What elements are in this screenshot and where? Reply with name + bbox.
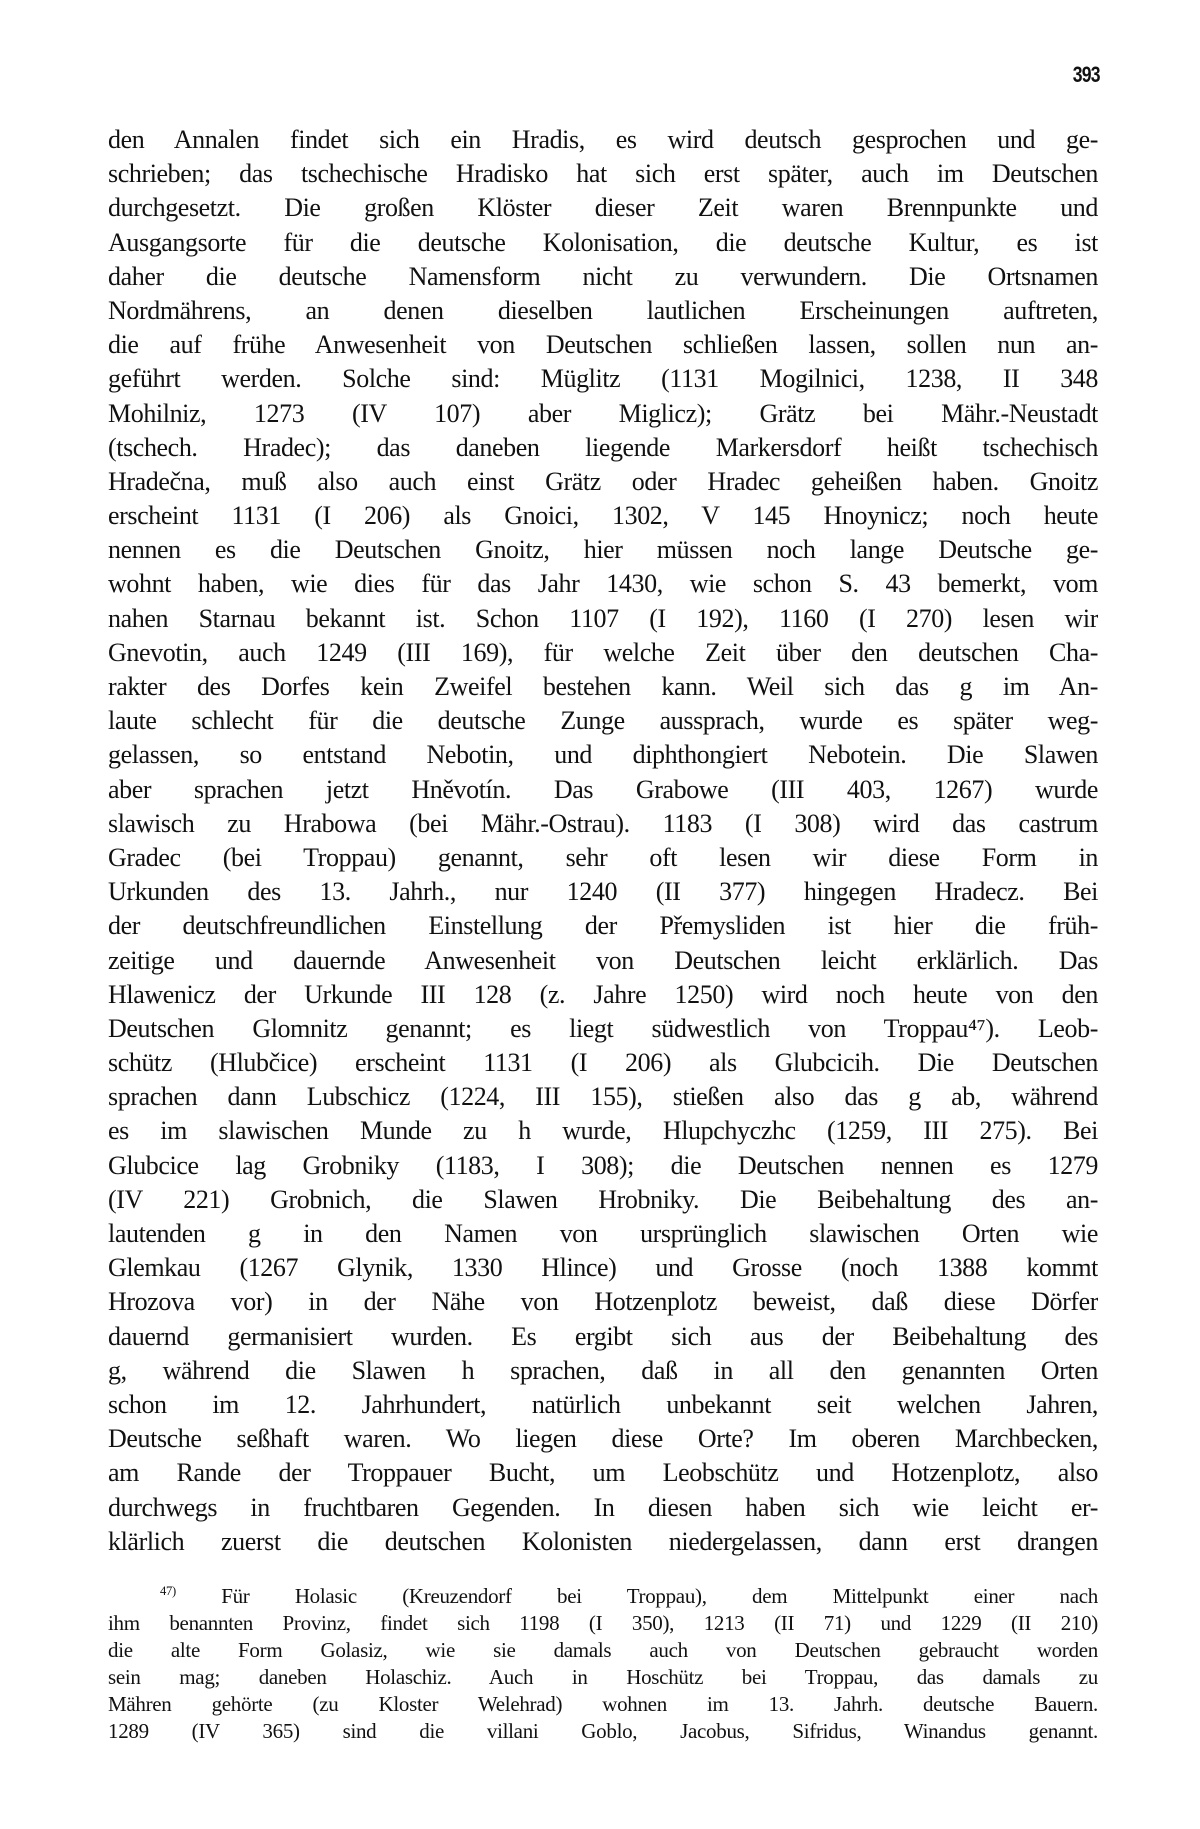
text-line: slawisch zu Hrabowa (bei Mähr.-Ostrau). … (108, 807, 1098, 841)
body-text: den Annalen findet sich ein Hradis, es w… (108, 123, 1098, 1559)
text-line: Glubcice lag Grobniky (1183, I 308); die… (108, 1149, 1098, 1183)
text-line: Gradec (bei Troppau) genannt, sehr oft l… (108, 841, 1098, 875)
text-line: nahen Starnau bekannt ist. Schon 1107 (I… (108, 602, 1098, 636)
text-line: Hlawenicz der Urkunde III 128 (z. Jahre … (108, 978, 1098, 1012)
text-line: es im slawischen Munde zu h wurde, Hlupc… (108, 1114, 1098, 1148)
text-line: zeitige und dauernde Anwesenheit von Deu… (108, 944, 1098, 978)
text-line: Mohilniz, 1273 (IV 107) aber Miglicz); G… (108, 397, 1098, 431)
text-line: Glemkau (1267 Glynik, 1330 Hlince) und G… (108, 1251, 1098, 1285)
text-line: Hradečna, muß also auch einst Grätz oder… (108, 465, 1098, 499)
footnote-line: sein mag; daneben Holaschiz. Auch in Hos… (108, 1664, 1098, 1691)
text-line: die auf frühe Anwesenheit von Deutschen … (108, 328, 1098, 362)
text-line: (IV 221) Grobnich, die Slawen Hrobniky. … (108, 1183, 1098, 1217)
text-line: g, während die Slawen h sprachen, daß in… (108, 1354, 1098, 1388)
text-line: lautenden g in den Namen von ursprünglic… (108, 1217, 1098, 1251)
text-line: der deutschfreundlichen Einstellung der … (108, 909, 1098, 943)
footnote-marker: 47) (160, 1584, 176, 1598)
text-line: klärlich zuerst die deutschen Kolonisten… (108, 1525, 1098, 1559)
text-line: nennen es die Deutschen Gnoitz, hier müs… (108, 533, 1098, 567)
text-line: Urkunden des 13. Jahrh., nur 1240 (II 37… (108, 875, 1098, 909)
text-line: daher die deutsche Namensform nicht zu v… (108, 260, 1098, 294)
page-number: 393 (1073, 62, 1100, 88)
text-line: sprachen dann Lubschicz (1224, III 155),… (108, 1080, 1098, 1114)
footnote-line: 47) Für Holasic (Kreuzendorf bei Troppau… (108, 1583, 1098, 1610)
footnote-text: Für Holasic (Kreuzendorf bei Troppau), d… (221, 1584, 1098, 1608)
text-line: Deutsche seßhaft waren. Wo liegen diese … (108, 1422, 1098, 1456)
text-line: Deutschen Glomnitz genannt; es liegt süd… (108, 1012, 1098, 1046)
text-line: dauernd germanisiert wurden. Es ergibt s… (108, 1320, 1098, 1354)
text-line: den Annalen findet sich ein Hradis, es w… (108, 123, 1098, 157)
text-line: Ausgangsorte für die deutsche Kolonisati… (108, 226, 1098, 260)
footnote-line: ihm benannten Provinz, findet sich 1198 … (108, 1610, 1098, 1637)
text-line: schütz (Hlubčice) erscheint 1131 (I 206)… (108, 1046, 1098, 1080)
text-line: schrieben; das tschechische Hradisko hat… (108, 157, 1098, 191)
text-line: wohnt haben, wie dies für das Jahr 1430,… (108, 567, 1098, 601)
text-line: laute schlecht für die deutsche Zunge au… (108, 704, 1098, 738)
text-line: rakter des Dorfes kein Zweifel bestehen … (108, 670, 1098, 704)
text-line: erscheint 1131 (I 206) als Gnoici, 1302,… (108, 499, 1098, 533)
footnote-line: die alte Form Golasiz, wie sie damals au… (108, 1637, 1098, 1664)
footnote: 47) Für Holasic (Kreuzendorf bei Troppau… (108, 1583, 1098, 1745)
text-line: am Rande der Troppauer Bucht, um Leobsch… (108, 1456, 1098, 1490)
text-line: schon im 12. Jahrhundert, natürlich unbe… (108, 1388, 1098, 1422)
text-line: gelassen, so entstand Nebotin, und dipht… (108, 738, 1098, 772)
footnote-line: Mähren gehörte (zu Kloster Welehrad) woh… (108, 1691, 1098, 1718)
text-line: (tschech. Hradec); das daneben liegende … (108, 431, 1098, 465)
text-line: durchgesetzt. Die großen Klöster dieser … (108, 191, 1098, 225)
text-line: Nordmährens, an denen dieselben lautlich… (108, 294, 1098, 328)
text-line: geführt werden. Solche sind: Müglitz (11… (108, 362, 1098, 396)
text-line: aber sprachen jetzt Hněvotín. Das Grabow… (108, 773, 1098, 807)
text-line: Gnevotin, auch 1249 (III 169), für welch… (108, 636, 1098, 670)
text-line: Hrozova vor) in der Nähe von Hotzenplotz… (108, 1285, 1098, 1319)
text-line: durchwegs in fruchtbaren Gegenden. In di… (108, 1491, 1098, 1525)
footnote-line: 1289 (IV 365) sind die villani Goblo, Ja… (108, 1718, 1098, 1745)
